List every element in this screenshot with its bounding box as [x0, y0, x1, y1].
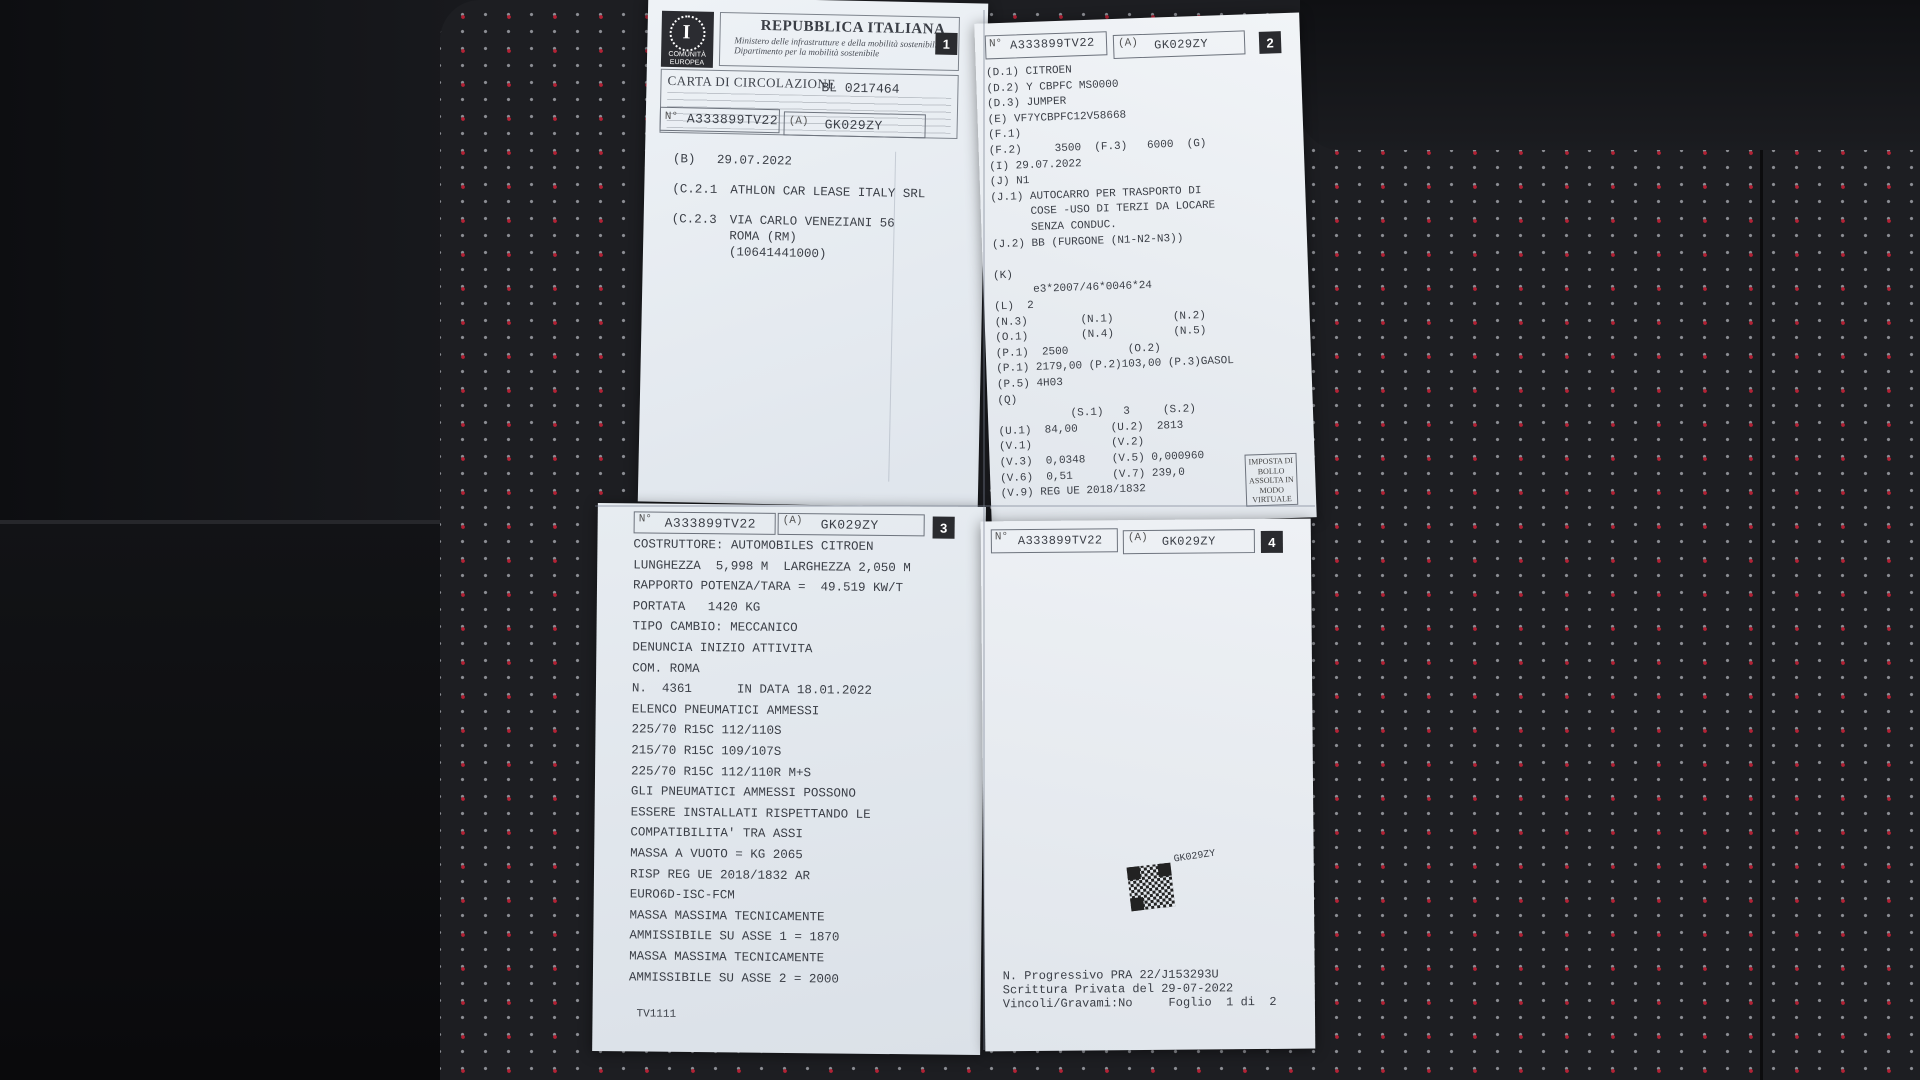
plate-box: (A) GK029ZY [783, 111, 925, 138]
owner-fields: (B)29.07.2022(C.2.1ATHLON CAR LEASE ITAL… [648, 0, 988, 4]
registration-number: A333899TV22 [665, 516, 756, 532]
note-line: 225/70 R15C 112/110S [631, 723, 781, 739]
technical-field-line: (E) VF7YCBPFC12V58668 [987, 109, 1126, 126]
note-line: MASSA A VUOTO = KG 2065 [630, 846, 803, 862]
registration-document: I COMUNITÀ EUROPEA REPUBBLICA ITALIANA M… [595, 0, 1320, 1058]
plate-number: GK029ZY [825, 117, 883, 133]
note-line: N. 4361 IN DATA 18.01.2022 [632, 682, 872, 699]
technical-field-line: (V.1) (V.2) [999, 437, 1145, 454]
plate-number: GK029ZY [821, 517, 879, 533]
registration-number: A333899TV22 [1018, 533, 1103, 548]
technical-field-line: (O.1) (N.4) (N.5) [995, 325, 1207, 344]
field-code: (B) [673, 152, 696, 166]
note-line: 215/70 R15C 109/107S [631, 743, 781, 759]
doc-number: BL 0217464 [821, 80, 899, 97]
plate-box: (A) GK029ZY [1113, 30, 1246, 59]
panel-badge: 4 [1261, 531, 1283, 553]
department-line: Dipartimento per la mobilità sostenibile [734, 45, 879, 58]
note-line: GLI PNEUMATICI AMMESSI POSSONO [631, 785, 856, 801]
stamp-duty-box: IMPOSTA DI BOLLO ASSOLTA IN MODO VIRTUAL… [1244, 453, 1298, 507]
technical-field-line: (D.3) JUMPER [987, 96, 1067, 111]
a-label: (A) [789, 115, 809, 127]
a-label: (A) [1118, 37, 1138, 50]
footer-line: Vincoli/Gravami:No Foglio 1 di 2 [1003, 995, 1277, 1011]
technical-field-line: (I) 29.07.2022 [989, 158, 1082, 173]
technical-field-line: (J) N1 [990, 175, 1030, 188]
form-divider [888, 152, 896, 482]
vehicle-floor [0, 520, 470, 1080]
note-line: MASSA MASSIMA TECNICAMENTE [629, 949, 824, 965]
footer-code: TV1111 [636, 1008, 676, 1020]
note-line: ELENCO PNEUMATICI AMMESSI [632, 702, 820, 718]
panel-1: I COMUNITÀ EUROPEA REPUBBLICA ITALIANA M… [638, 0, 989, 509]
eu-emblem: I COMUNITÀ EUROPEA [661, 11, 714, 68]
note-line: COSTRUTTORE: AUTOMOBILES CITROEN [633, 537, 873, 554]
seat-backrest [1300, 0, 1920, 150]
field-value: ROMA (RM) [729, 229, 797, 244]
technical-field-line: e3*2007/46*0046*24 [993, 280, 1152, 298]
registration-number: A333899TV22 [1010, 36, 1095, 53]
panel-badge: 2 [1259, 31, 1282, 54]
technical-field-line: (F.2) 3500 (F.3) 6000 (G) [989, 138, 1207, 158]
note-line: RISP REG UE 2018/1832 AR [630, 867, 810, 883]
technical-field-line: (P.5) 4H03 [997, 377, 1063, 391]
note-line: AMMISSIBILE SU ASSE 2 = 2000 [629, 970, 839, 986]
no-label: N° [989, 38, 1003, 50]
technical-field-line: SENZA CONDUC. [991, 219, 1117, 235]
field-code: (C.2.3 [672, 212, 717, 227]
eu-emblem-text: COMUNITÀ EUROPEA [661, 51, 713, 68]
panel-badge: 3 [933, 516, 955, 538]
field-code: (C.2.1 [672, 182, 717, 197]
floor-edge [0, 520, 470, 524]
note-line: MASSA MASSIMA TECNICAMENTE [629, 908, 824, 924]
note-line: ESSERE INSTALLATI RISPETTANDO LE [631, 805, 871, 822]
a-label: (A) [783, 515, 803, 527]
note-line: AMMISSIBILE SU ASSE 1 = 1870 [629, 929, 839, 945]
note-line: 225/70 R15C 112/110R M+S [631, 764, 811, 780]
no-label: N° [639, 513, 652, 525]
qr-code-icon [1127, 863, 1176, 912]
technical-field-line: (V.9) REG UE 2018/1832 [1001, 483, 1147, 500]
technical-field-line: (U.1) 84,00 (U.2) 2813 [998, 420, 1183, 438]
plate-box: (A) GK029ZY [778, 513, 925, 537]
technical-field-line: (L) 2 [994, 300, 1034, 313]
panel-badge: 1 [935, 33, 957, 55]
field-value: ATHLON CAR LEASE ITALY SRL [730, 183, 925, 201]
note-line: TIPO CAMBIO: MECCANICO [633, 620, 798, 636]
technical-field-line: (Q) [997, 394, 1017, 407]
registration-number-box: N° A333899TV22 [634, 511, 776, 534]
ministry-name: Ministero delle infrastrutture e della m… [734, 35, 954, 60]
technical-field-line: (F.1) [988, 129, 1021, 142]
registration-number-box: N° A333899TV22 [991, 528, 1118, 553]
panel-3: N° A333899TV22 (A) GK029ZY 3 COSTRUTTORE… [592, 503, 986, 1055]
technical-field-line: (V.6) 0,51 (V.7) 239,0 [1000, 466, 1185, 484]
a-label: (A) [1128, 532, 1148, 544]
note-line: DENUNCIA INIZIO ATTIVITA [632, 640, 812, 656]
panel-2: N° A333899TV22 (A) GK029ZY 2 (D.1) CITRO… [974, 12, 1316, 528]
republic-header: REPUBBLICA ITALIANA Ministero delle infr… [719, 12, 960, 71]
plate-box: (A) GK029ZY [1123, 529, 1255, 554]
technical-field-line: (K) [993, 269, 1013, 282]
field-value: 29.07.2022 [717, 153, 792, 169]
note-line: EURO6D-ISC-FCM [630, 888, 735, 903]
technical-field-line: (P.1) 2500 (O.2) [996, 342, 1161, 360]
note-line: COM. ROMA [632, 661, 700, 676]
note-line: PORTATA 1420 KG [633, 599, 761, 614]
note-line: LUNGHEZZA 5,998 M LARGHEZZA 2,050 M [633, 558, 911, 575]
doc-type-title: CARTA DI CIRCOLAZIONE [667, 73, 836, 93]
field-value: (10641441000) [729, 245, 827, 261]
seat-seam [1760, 150, 1763, 1080]
vehicle-technical-fields: (D.1) CITROEN(D.2) Y CBPFC MS0000(D.3) J… [974, 12, 1299, 23]
plate-number: GK029ZY [1162, 534, 1216, 548]
qr-plate-label: GK029ZY [1173, 849, 1216, 866]
eu-country-letter: I [682, 21, 690, 44]
vertical-fold [983, 10, 985, 1050]
note-line: COMPATIBILITA' TRA ASSI [630, 826, 803, 842]
no-label: N° [665, 111, 678, 123]
panel-4: N° A333899TV22 (A) GK029ZY 4 GK029ZY N. … [981, 519, 1316, 1052]
technical-field-line: (D.2) Y CBPFC MS0000 [986, 78, 1118, 95]
registration-number: A333899TV22 [687, 111, 779, 128]
note-line: RAPPORTO POTENZA/TARA = 49.519 KW/T [633, 579, 903, 596]
registration-number-box: N° A333899TV22 [660, 107, 780, 134]
plate-number: GK029ZY [1154, 37, 1208, 53]
field-value: VIA CARLO VENEZIANI 56 [730, 213, 895, 230]
technical-field-line: (D.1) CITROEN [986, 64, 1072, 79]
registration-number-box: N° A333899TV22 [985, 31, 1108, 59]
technical-field-line: (J.2) BB (FURGONE (N1-N2-N3)) [992, 232, 1184, 251]
horizontal-fold [595, 505, 1315, 507]
no-label: N° [995, 531, 1008, 543]
